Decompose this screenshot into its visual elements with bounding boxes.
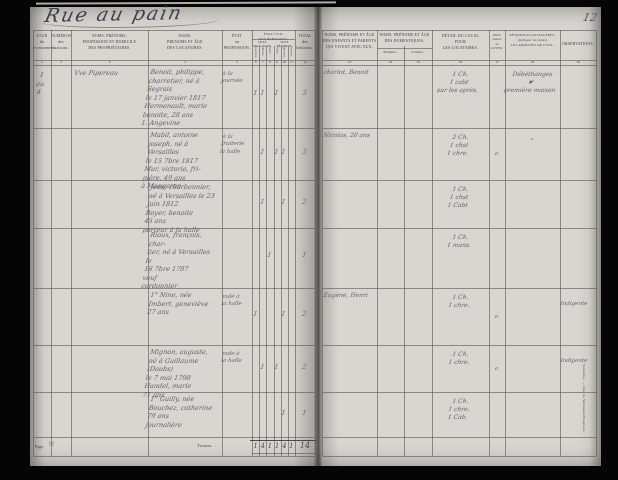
cell-tally: 1 — [257, 89, 267, 98]
grid-line — [322, 180, 596, 181]
header-residences: RÉSIDENCES PASSAGÈRES, (indiquer les dat… — [505, 33, 560, 47]
cell-row-total: 1 — [298, 409, 310, 418]
grid-line — [404, 46, 405, 456]
cell-tally: 1 — [257, 363, 267, 372]
footer-page-label: Page. — [35, 445, 44, 449]
column-number: 2 — [56, 61, 66, 65]
header-local: DÉTAIL DU LOCAL POUR LES LOCATAIRES. — [432, 34, 489, 52]
cell-row-total: 2 — [298, 310, 310, 319]
cell-habitants: Rioux, françois, char- tier, né à Versai… — [140, 231, 221, 291]
header-domestiques-femmes: Femmes. — [404, 50, 432, 55]
grid-line — [322, 456, 596, 457]
cell-local: 1 Ch. 1 chst 1 Cabt — [432, 186, 486, 210]
column-number: 14 — [386, 61, 396, 65]
totals-label: Totaux. . . . — [197, 444, 223, 449]
grid-line — [596, 30, 597, 456]
grid-line — [288, 46, 289, 456]
cell-habitants: 1° Guilly, née Bouchez, catherine 79 ans… — [145, 395, 221, 429]
column-number: 1 — [37, 61, 47, 65]
column-number: 17 — [492, 61, 502, 65]
column-number: 18 — [528, 61, 538, 65]
cell-tally: 1 — [271, 363, 281, 372]
grid-line — [252, 39, 295, 40]
header-tally-label: Mariées. — [282, 46, 285, 59]
grid-line — [33, 456, 315, 457]
grid-line — [322, 228, 596, 229]
cell-local: 2 Ch. 1 chst 1 chre. — [432, 134, 486, 158]
column-number: 3 — [105, 61, 115, 65]
cell-enfants: charlot, Benoit — [323, 69, 376, 77]
cell-local: 1 Ch. 1 chre. 1 Cab. — [432, 398, 486, 422]
header-observations: OBSERVATIONS. — [560, 42, 596, 48]
grid-line — [315, 30, 316, 456]
grid-line — [322, 437, 596, 438]
cell-tally: 1 — [264, 251, 274, 260]
header-enfants: NOMS, PRÉNOMS ET ÂGE DES ENFANTS ET PARE… — [322, 33, 377, 51]
cell-residences: Débéthanges ☛ première maison — [503, 71, 559, 95]
cell-profession: mde à la halle — [220, 294, 251, 309]
cell-prix: o — [489, 366, 504, 373]
census-register-scan: Rue au pain 12 JOUR du recensement. NUMÉ… — [0, 0, 618, 480]
grid-line — [322, 65, 596, 66]
grid-line — [259, 46, 260, 456]
cell-local: 1 Ch. 1 chre. — [433, 351, 486, 367]
column-number: 5 — [232, 61, 242, 65]
cell-habitants: 1° Nine, née Imbert, geneviève 27 ans — [146, 291, 221, 317]
cell-observations: Indigente — [560, 301, 595, 308]
cell-residences: „ — [506, 134, 559, 142]
column-number: 4 — [180, 61, 190, 65]
cell-profession: à la fruiterie la halle — [219, 134, 251, 156]
cell-habitants: Mignon, auguste, né à Guillaume (Doubs) … — [142, 348, 221, 399]
cell-row-total: 3 — [298, 148, 310, 157]
column-number: 11 — [286, 61, 296, 65]
cell-row-total: 3 — [298, 89, 310, 98]
printer-imprint: Versailles. — Imp. de Montalant-Bougleux… — [577, 364, 585, 434]
cell-local: 1 Ch. 1 chre. — [433, 294, 486, 310]
grid-line — [281, 46, 282, 456]
cell-profession: mde à la halle — [220, 351, 251, 366]
column-number: 15 — [413, 61, 423, 65]
header-tally-label: Filles. — [275, 46, 278, 59]
grid-line — [33, 437, 315, 438]
cell-local: 1 Ch. 1 cabt sur les après. — [432, 71, 486, 95]
header-numeros: NUMÉROS des maisons. — [51, 34, 71, 52]
header-locataires: NOMS, PRÉNOMS ET ÂGE DES LOCATAIRES. — [150, 34, 220, 52]
header-tally-label: Garçons. — [254, 46, 257, 59]
header-total: TOTAL des habitants. — [295, 34, 315, 52]
cell-tally: 1 — [257, 148, 267, 157]
grid-line — [322, 392, 596, 393]
grid-line — [322, 345, 596, 346]
header-tally-label: Veufs. — [268, 46, 271, 59]
header-proprietaires: NOMS, PRÉNOMS, PROFESSION ET DOMICILE DE… — [73, 34, 146, 52]
header-profession: ÉTAT ou PROFESSION. — [222, 34, 252, 52]
totals-rule — [252, 453, 315, 454]
column-number: 13 — [345, 61, 355, 65]
header-tally-label: Mariés. — [261, 46, 264, 59]
header-domestiques: NOMS, PRÉNOMS ET ÂGE DES DOMESTIQUES. — [377, 33, 432, 45]
totals-grand-total: 14 — [299, 442, 311, 450]
grid-line — [33, 65, 315, 66]
cell-prix: o — [489, 314, 504, 321]
grid-line — [33, 345, 315, 346]
cell-proprietaire: Vve Pipereau — [73, 69, 145, 78]
cell-row-total: 2 — [298, 363, 310, 372]
grid-line — [322, 30, 596, 31]
header-tally-label: Veuves. — [289, 46, 292, 59]
cell-habitants: Benoit, philippe, charretier, né à Segra… — [140, 68, 221, 128]
header-prix: PRIX annuel du LOYER. — [489, 33, 505, 50]
header-domestiques-hommes: Hommes. — [377, 50, 404, 55]
column-number: 12 — [300, 61, 310, 65]
page-number: 12 — [582, 12, 598, 23]
grid-line — [33, 30, 315, 31]
cell-enfants: Nicolas, 20 ans — [323, 132, 376, 140]
cell-row-total: 1 — [298, 251, 310, 260]
cell-tally: 1 — [257, 198, 267, 207]
cell-local: 1 Ch. 1 mans. — [433, 234, 486, 250]
totals-value: 1 — [287, 443, 295, 450]
cell-enfants: Eugène, Henri — [323, 292, 376, 300]
grid-line — [322, 128, 596, 129]
cell-profession: à la journée — [220, 71, 251, 86]
cell-row-total: 2 — [298, 198, 310, 207]
cell-habitants: Jean, charbonnier, né à Versailles le 23… — [142, 183, 221, 234]
cell-observations: Indigente — [560, 358, 595, 365]
column-number: 16 — [456, 61, 466, 65]
cell-tally: 1 — [250, 310, 260, 319]
header-jour: JOUR du recensement. — [33, 34, 51, 52]
cell-prix: o — [489, 151, 504, 158]
grid-line — [322, 288, 596, 289]
grid-line — [33, 128, 315, 129]
grid-line — [377, 48, 432, 49]
column-number: 19 — [573, 61, 583, 65]
